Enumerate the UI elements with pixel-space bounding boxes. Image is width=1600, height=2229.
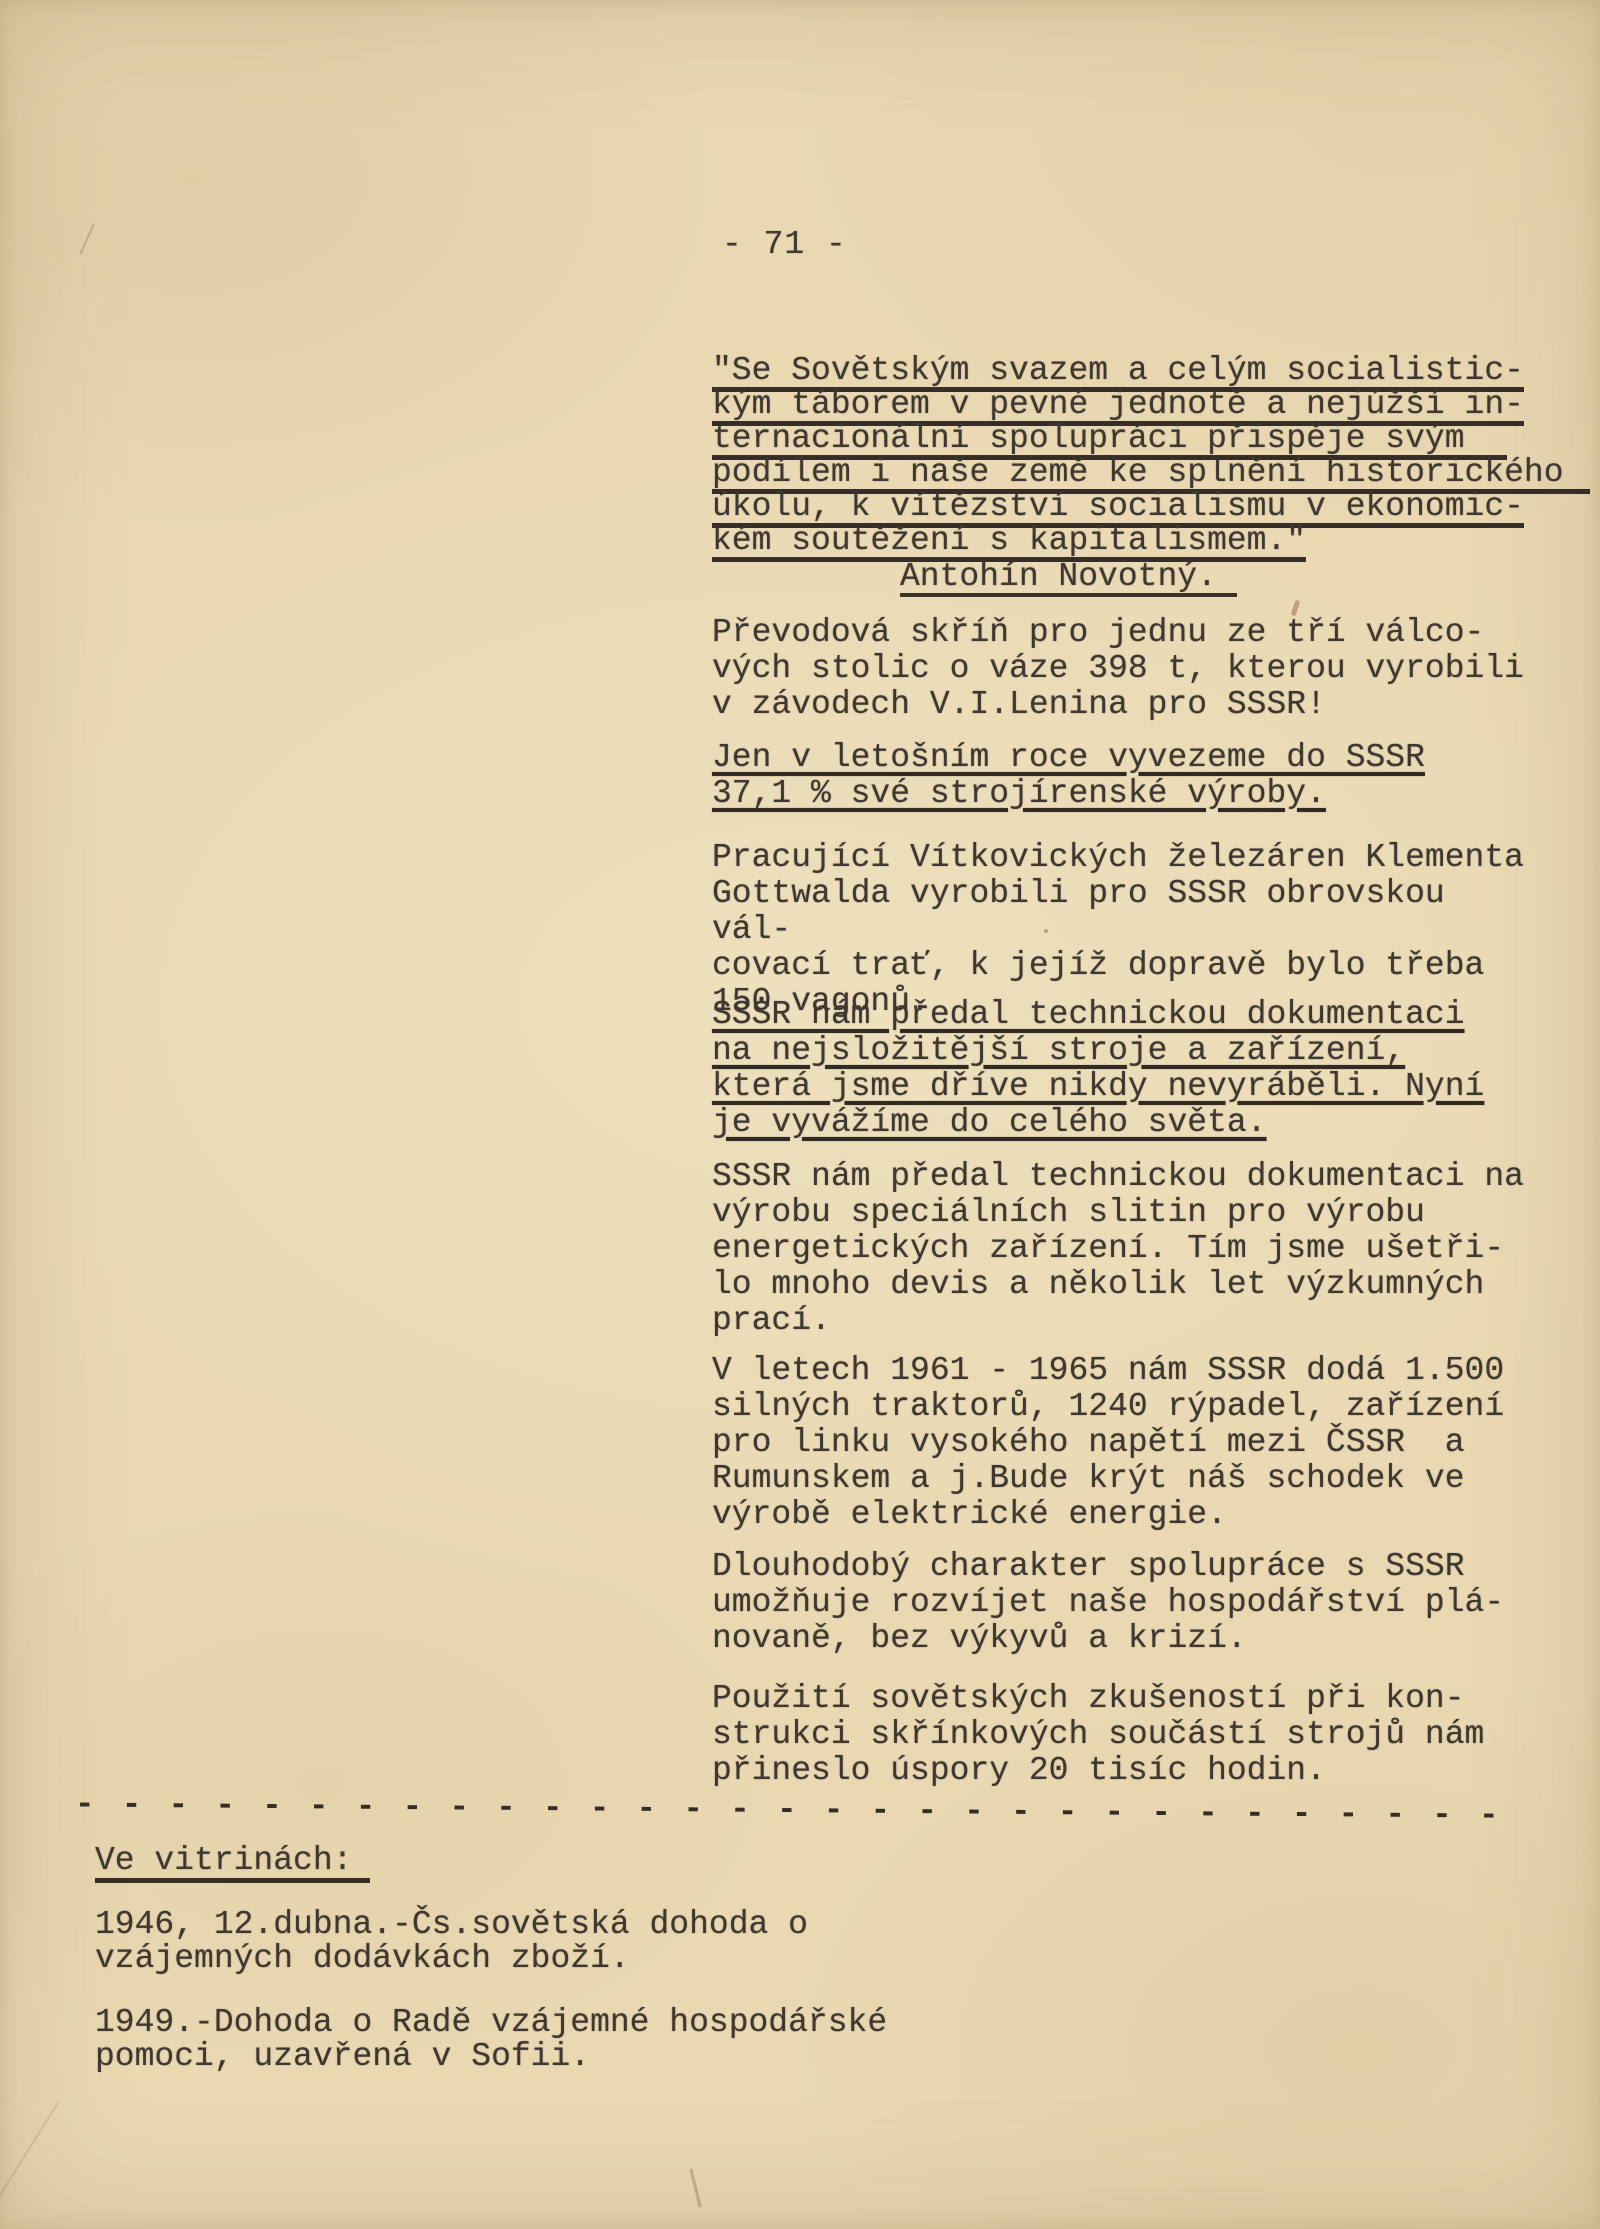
- showcase-item-1949: 1949.-Dohoda o Radě vzájemné hospodářské…: [95, 2006, 995, 2074]
- paper-mark: [79, 223, 95, 255]
- quote-line: podílem i naše země ke splnění historick…: [712, 454, 1590, 488]
- paragraph-long-term-cooperation: Dlouhodobý charakter spolupráce s SSSR u…: [712, 1549, 1542, 1657]
- quote-line: ternacionální spolupráci přispěje svým: [712, 420, 1590, 454]
- quote-line: "Se Sovětským svazem a celým socialistic…: [712, 352, 1590, 386]
- dashed-separator: -------------------------------: [75, 1786, 1555, 1835]
- showcase-item-1946: 1946, 12.dubna.-Čs.sovětská dohoda o vzá…: [95, 1908, 995, 1976]
- underlined-statement-exports: Jen v letošním roce vyvezeme do SSSR 37,…: [712, 740, 1542, 812]
- underlined-statement-documentation: SSSR nám předal technickou dokumentaci n…: [712, 997, 1542, 1141]
- paragraph-soviet-experience: Použití sovětských zkušeností při kon- s…: [712, 1681, 1542, 1789]
- paragraph-special-alloys: SSSR nám předal technickou dokumentaci n…: [712, 1159, 1542, 1339]
- paragraph-gearbox: Převodová skříň pro jednu ze tří válco- …: [712, 615, 1542, 723]
- showcases-heading: Ve vitrinách:: [95, 1842, 370, 1883]
- quote-block: "Se Sovětským svazem a celým socialistic…: [712, 352, 1590, 556]
- typewritten-document-page: - 71 - "Se Sovětským svazem a celým soci…: [0, 0, 1600, 2229]
- quote-attribution: Antohín Novotný.: [900, 558, 1237, 597]
- paper-mark: [689, 2168, 702, 2208]
- paragraph-deliveries-1961-1965: V letech 1961 - 1965 nám SSSR dodá 1.500…: [712, 1353, 1542, 1533]
- quote-line: úkolu, k vítězství socialismu v ekonomic…: [712, 488, 1590, 522]
- page-number: - 71 -: [722, 226, 847, 263]
- quote-line: kým táborem v pevné jednotě a nejúžší in…: [712, 386, 1590, 420]
- paper-mark: [0, 2101, 60, 2229]
- paragraph-vitkovice-ironworks: Pracující Vítkovických železáren Klement…: [712, 840, 1542, 1020]
